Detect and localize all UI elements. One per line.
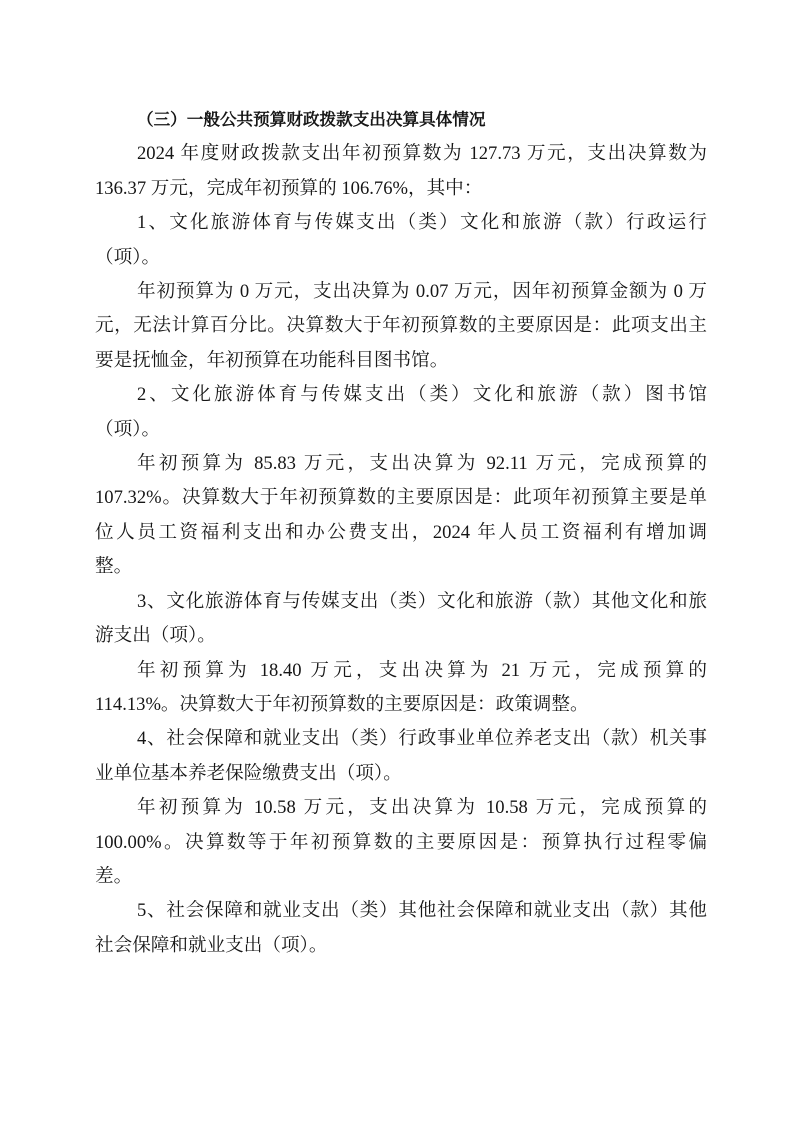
- text-line: 100.00%。决算数等于年初预算数的主要原因是：预算执行过程零偏: [95, 826, 707, 860]
- text-line: 2024 年度财政拨款支出年初预算数为 127.73 万元，支出决算数为: [95, 137, 707, 171]
- text-line: 年初预算为 18.40 万元，支出决算为 21 万元，完成预算的: [95, 654, 707, 688]
- text-line: 要是抚恤金，年初预算在功能科目图书馆。: [95, 344, 707, 378]
- text-line: 元，无法计算百分比。决算数大于年初预算数的主要原因是：此项支出主: [95, 309, 707, 343]
- text-line: 业单位基本养老保险缴费支出（项）。: [95, 757, 707, 791]
- text-line: 4、社会保障和就业支出（类）行政事业单位养老支出（款）机关事: [95, 722, 707, 756]
- text-line: 年初预算为 85.83 万元，支出决算为 92.11 万元，完成预算的: [95, 447, 707, 481]
- text-line: 整。: [95, 550, 707, 584]
- text-line: 差。: [95, 860, 707, 894]
- text-line: （项）。: [95, 413, 707, 447]
- text-line: 年初预算为 10.58 万元，支出决算为 10.58 万元，完成预算的: [95, 791, 707, 825]
- text-line: 1、文化旅游体育与传媒支出（类）文化和旅游（款）行政运行: [95, 206, 707, 240]
- text-line: 5、社会保障和就业支出（类）其他社会保障和就业支出（款）其他: [95, 894, 707, 928]
- text-line: 136.37 万元，完成年初预算的 106.76%，其中：: [95, 172, 707, 206]
- text-line: 3、文化旅游体育与传媒支出（类）文化和旅游（款）其他文化和旅: [95, 585, 707, 619]
- document-page: （三）一般公共预算财政拨款支出决算具体情况 2024 年度财政拨款支出年初预算数…: [0, 0, 793, 1122]
- text-line: 年初预算为 0 万元，支出决算为 0.07 万元，因年初预算金额为 0 万: [95, 275, 707, 309]
- section-heading: （三）一般公共预算财政拨款支出决算具体情况: [95, 103, 707, 137]
- text-line: 114.13%。决算数大于年初预算数的主要原因是：政策调整。: [95, 688, 707, 722]
- text-line: 社会保障和就业支出（项）。: [95, 929, 707, 963]
- text-line: （项）。: [95, 241, 707, 275]
- text-line: 位人员工资福利支出和办公费支出，2024 年人员工资福利有增加调: [95, 516, 707, 550]
- text-line: 游支出（项）。: [95, 619, 707, 653]
- text-line: 107.32%。决算数大于年初预算数的主要原因是：此项年初预算主要是单: [95, 481, 707, 515]
- text-line: 2、文化旅游体育与传媒支出（类）文化和旅游（款）图书馆: [95, 378, 707, 412]
